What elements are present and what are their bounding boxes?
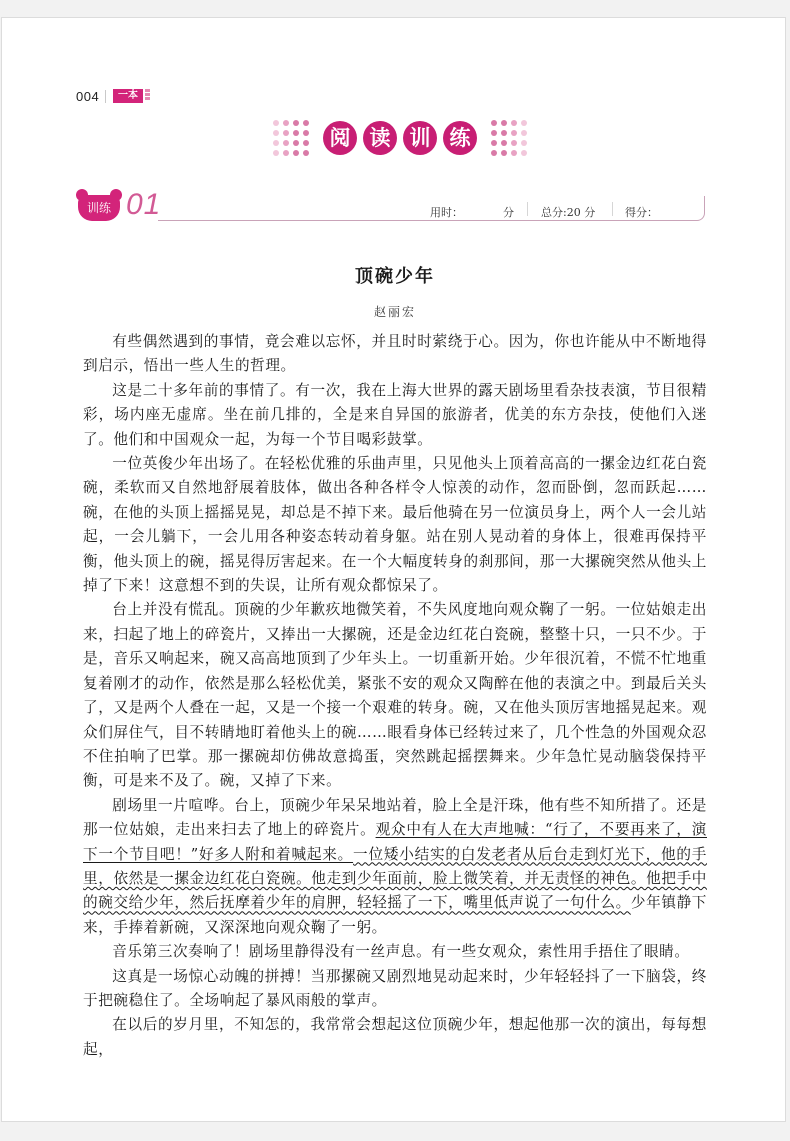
section-title-char: 阅 xyxy=(323,121,357,155)
exercise-number: 01 xyxy=(126,188,161,222)
section-title-char: 读 xyxy=(363,121,397,155)
total-score-label: 总分:20 分 xyxy=(541,204,595,220)
section-title-char: 练 xyxy=(443,121,477,155)
brand-logo: 一本 xyxy=(113,89,143,103)
paragraph: 一位英俊少年出场了。在轻松优雅的乐曲声里，只见他头上顶着高高的一摞金边红花白瓷碗… xyxy=(83,452,707,598)
score-label: 得分： xyxy=(625,204,658,220)
dots-decoration-right xyxy=(491,120,527,156)
paragraph: 有些偶然遇到的事情，竟会难以忘怀，并且时时萦绕于心。因为，你也许能从中不断地得到… xyxy=(83,330,707,379)
paragraph-with-underlines: 剧场里一片喧哗。台上，顶碗少年呆呆地站着，脸上全是汗珠，他有些不知所措了。还是那… xyxy=(83,794,707,940)
dots-decoration-left xyxy=(273,120,309,156)
score-divider xyxy=(612,202,613,216)
section-title-char: 训 xyxy=(403,121,437,155)
page-number: 004 xyxy=(76,89,99,104)
article-title: 顶碗少年 xyxy=(0,262,790,288)
paragraph: 这真是一场惊心动魄的拼搏！当那摞碗又剧烈地晃动起来时，少年轻轻抖了一下脑袋，终于… xyxy=(83,965,707,1014)
header-divider xyxy=(105,90,106,103)
paragraph: 台上并没有慌乱。顶碗的少年歉疚地微笑着，不失风度地向观众鞠了一躬。一位姑娘走出来… xyxy=(83,598,707,793)
time-unit-label: 分 xyxy=(503,204,514,220)
article-author: 赵丽宏 xyxy=(0,303,790,320)
score-divider xyxy=(527,202,528,216)
paragraph: 音乐第三次奏响了！剧场里静得没有一丝声息。有一些女观众，索性用手捂住了眼睛。 xyxy=(83,940,707,964)
section-title: 阅 读 训 练 xyxy=(255,118,545,158)
article-body: 有些偶然遇到的事情，竟会难以忘怀，并且时时萦绕于心。因为，你也许能从中不断地得到… xyxy=(83,330,707,1062)
paragraph: 在以后的岁月里，不知怎的，我常常会想起这位顶碗少年，想起他那一次的演出，每每想起… xyxy=(83,1013,707,1062)
brand-dots-decoration xyxy=(145,89,151,103)
time-used-label: 用时： xyxy=(430,204,463,220)
exercise-badge: 训练 xyxy=(78,195,120,221)
paragraph: 这是二十多年前的事情了。有一次，我在上海大世界的露天剧场里看杂技表演，节目很精彩… xyxy=(83,379,707,452)
